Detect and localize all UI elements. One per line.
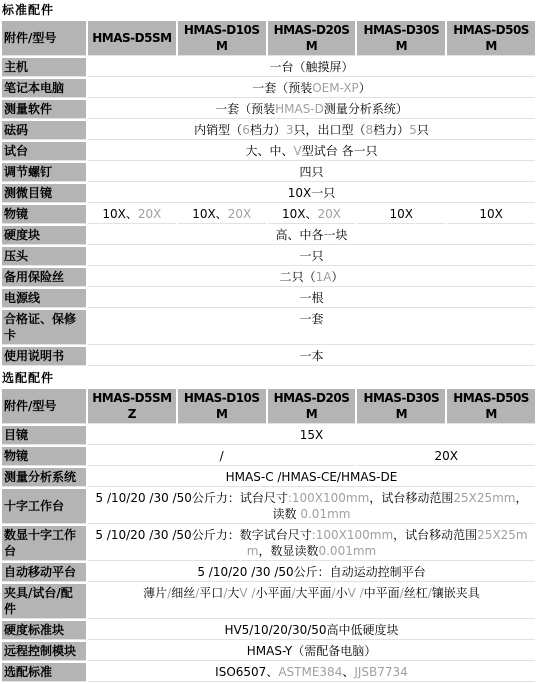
- text-segment: HV5/10/20/30/50高中低硬度块: [224, 623, 398, 637]
- value-cell: 二只（1A）: [88, 268, 535, 287]
- grey-text-segment: :100X100mm: [312, 528, 393, 542]
- text-segment: 小: [336, 586, 348, 600]
- table-row: 砝码内销型（6档力）3只，出口型（8档力）5只: [2, 121, 535, 140]
- table-row: 使用说明书一本: [2, 347, 535, 366]
- grey-text-segment: OEM-XP: [312, 81, 359, 95]
- row-label-cell: 试台: [2, 142, 86, 161]
- text-segment: 10X: [479, 207, 503, 221]
- row-label-cell: 合格证、保修卡: [2, 310, 86, 345]
- table-row: 选配标准ISO6507、ASTME384、JJSB7734: [2, 663, 535, 682]
- row-label-cell: 压头: [2, 247, 86, 266]
- table-row: 笔记本电脑一套（预装OEM-XP）: [2, 79, 535, 98]
- corner-header-cell: 附件/型号: [2, 21, 86, 56]
- value-cell: 10X、20X: [178, 205, 266, 224]
- text-segment: 内销型（: [194, 123, 242, 137]
- row-label-cell: 物镜: [2, 447, 86, 466]
- table-row: 电源线一根: [2, 289, 535, 308]
- optional-accessories-title: 选配配件: [0, 368, 537, 387]
- text-segment: 中平面: [364, 586, 400, 600]
- optional-accessories-table: 附件/型号HMAS-D5SMZHMAS-D10SMHMAS-D20SMHMAS-…: [0, 387, 537, 684]
- model-header-cell: HMAS-D5SMZ: [88, 389, 176, 424]
- text-segment: 大: [227, 586, 239, 600]
- model-header-cell: HMAS-D20SM: [268, 21, 356, 56]
- text-segment: 20X: [434, 449, 458, 463]
- model-header-cell: HMAS-D10SM: [178, 389, 266, 424]
- text-segment: ，试台移动范围: [369, 491, 453, 505]
- text-segment: 薄片: [143, 586, 167, 600]
- row-label-cell: 砝码: [2, 121, 86, 140]
- table-row: 物镜10X、20X10X、20X10X、20X10X10X: [2, 205, 535, 224]
- value-cell: 10X、20X: [88, 205, 176, 224]
- text-segment: 10X: [390, 207, 414, 221]
- text-segment: 一根: [299, 291, 323, 305]
- text-segment: HMAS-C /HMAS-CE/HMAS-DE: [226, 470, 398, 484]
- value-cell: HMAS-C /HMAS-CE/HMAS-DE: [88, 468, 535, 487]
- text-segment: 档力）: [250, 123, 286, 137]
- row-label-cell: 十字工作台: [2, 489, 86, 524]
- table-row: 调节螺钉四只: [2, 163, 535, 182]
- text-segment: 小平面: [255, 586, 291, 600]
- model-header-cell: HMAS-D20SM: [268, 389, 356, 424]
- row-label-cell: 硬度块: [2, 226, 86, 245]
- table-row: 试台大、中、V型试台 各一只: [2, 142, 535, 161]
- text-segment: 大、中、: [245, 144, 293, 158]
- row-label-cell: 使用说明书: [2, 347, 86, 366]
- value-cell: 20X: [357, 447, 535, 466]
- row-label-cell: 主机: [2, 58, 86, 77]
- grey-text-segment: 1A: [316, 270, 332, 284]
- text-segment: 10X、: [282, 207, 318, 221]
- text-segment: 10X一只: [288, 186, 336, 200]
- value-cell: 一本: [88, 347, 535, 366]
- grey-text-segment: 0.001mm: [318, 544, 376, 558]
- row-label-cell: 夹具/试台/配件: [2, 584, 86, 619]
- text-segment: 高、中各一块: [275, 228, 347, 242]
- text-segment: 二只（: [280, 270, 316, 284]
- row-label-cell: 测量软件: [2, 100, 86, 119]
- model-header-cell: HMAS-D30SM: [357, 389, 445, 424]
- table-row: 压头一只: [2, 247, 535, 266]
- text-segment: 一套（预装: [252, 81, 312, 95]
- row-label-cell: 测量分析系统: [2, 468, 86, 487]
- row-label-cell: 电源线: [2, 289, 86, 308]
- text-segment: 一本: [299, 349, 323, 363]
- text-segment: ，试台移动范围: [393, 528, 477, 542]
- grey-text-segment: V: [293, 144, 301, 158]
- grey-text-segment: JJSB7734: [354, 665, 407, 679]
- text-segment: 测量分析系统）: [324, 102, 408, 116]
- text-segment: 平口: [199, 586, 223, 600]
- text-segment: ）: [359, 81, 371, 95]
- grey-text-segment: 5: [409, 123, 417, 137]
- text-segment: 丝杠: [404, 586, 428, 600]
- text-segment: ）: [331, 270, 343, 284]
- text-segment: 5 /10/20 /30 /50公斤力：试台尺寸: [96, 491, 288, 505]
- value-cell: 5 /10/20 /30 /50公斤力：数字试台尺寸:100X100mm，试台移…: [88, 526, 535, 561]
- text-segment: 档力）: [373, 123, 409, 137]
- table-row: 硬度标准块HV5/10/20/30/50高中低硬度块: [2, 621, 535, 640]
- grey-text-segment: 20X: [228, 207, 252, 221]
- table-row: 数显十字工作台5 /10/20 /30 /50公斤力：数字试台尺寸:100X10…: [2, 526, 535, 561]
- text-segment: 5 /10/20 /30 /50公斤力：数字试台尺寸: [95, 528, 311, 542]
- value-cell: 10X: [447, 205, 535, 224]
- grey-text-segment: ASTME384: [278, 665, 342, 679]
- text-segment: 只，出口型（: [293, 123, 365, 137]
- value-cell: 15X: [88, 426, 535, 445]
- text-segment: 5 /10/20 /30 /50公斤：自动运动控制平台: [197, 565, 425, 579]
- text-segment: ，数显读数: [258, 544, 318, 558]
- text-segment: 一套: [299, 312, 323, 326]
- value-cell: 一台（触摸屏）: [88, 58, 535, 77]
- value-cell: ISO6507、ASTME384、JJSB7734: [88, 663, 535, 682]
- text-segment: ISO6507、: [215, 665, 278, 679]
- row-label-cell: 笔记本电脑: [2, 79, 86, 98]
- grey-text-segment: HMAS-D: [275, 102, 324, 116]
- text-segment: 型试台 各一只: [302, 144, 378, 158]
- text-segment: 、: [342, 665, 354, 679]
- text-segment: 只: [417, 123, 429, 137]
- value-cell: 10X: [357, 205, 445, 224]
- grey-text-segment: 8: [366, 123, 374, 137]
- table-row: 测量分析系统HMAS-C /HMAS-CE/HMAS-DE: [2, 468, 535, 487]
- text-segment: 大平面: [296, 586, 332, 600]
- value-cell: 10X一只: [88, 184, 535, 203]
- value-cell: 10X、20X: [268, 205, 356, 224]
- table-row: 自动移动平台5 /10/20 /30 /50公斤：自动运动控制平台: [2, 563, 535, 582]
- text-segment: 一套（预装: [215, 102, 275, 116]
- table-row: 目镜15X: [2, 426, 535, 445]
- table-row: 主机一台（触摸屏）: [2, 58, 535, 77]
- value-cell: 内销型（6档力）3只，出口型（8档力）5只: [88, 121, 535, 140]
- row-label-cell: 测微目镜: [2, 184, 86, 203]
- row-label-cell: 远程控制模块: [2, 642, 86, 661]
- value-cell: /: [88, 447, 355, 466]
- grey-text-segment: 20X: [317, 207, 341, 221]
- text-segment: 一台（触摸屏）: [269, 60, 353, 74]
- grey-text-segment: 25X25mm: [453, 491, 515, 505]
- header-row: 附件/型号HMAS-D5SMHMAS-D10SMHMAS-D20SMHMAS-D…: [2, 21, 535, 56]
- text-segment: 细丝: [171, 586, 195, 600]
- value-cell: 5 /10/20 /30 /50公斤力：试台尺寸:100X100mm，试台移动范…: [88, 489, 535, 524]
- model-header-cell: HMAS-D10SM: [178, 21, 266, 56]
- table-row: 夹具/试台/配件薄片/细丝/平口/大V /小平面/大平面/小V /中平面/丝杠/…: [2, 584, 535, 619]
- value-cell: 高、中各一块: [88, 226, 535, 245]
- text-segment: 镶嵌夹具: [432, 586, 480, 600]
- row-label-cell: 硬度标准块: [2, 621, 86, 640]
- corner-header-cell: 附件/型号: [2, 389, 86, 424]
- table-row: 备用保险丝二只（1A）: [2, 268, 535, 287]
- text-segment: 15X: [300, 428, 324, 442]
- text-segment: 10X、: [192, 207, 228, 221]
- row-label-cell: 调节螺钉: [2, 163, 86, 182]
- text-segment: 10X、: [102, 207, 138, 221]
- row-label-cell: 自动移动平台: [2, 563, 86, 582]
- row-label-cell: 数显十字工作台: [2, 526, 86, 561]
- row-label-cell: 选配标准: [2, 663, 86, 682]
- table-row: 十字工作台5 /10/20 /30 /50公斤力：试台尺寸:100X100mm，…: [2, 489, 535, 524]
- table-row: 测微目镜10X一只: [2, 184, 535, 203]
- table-row: 测量软件一套（预装HMAS-D测量分析系统）: [2, 100, 535, 119]
- value-cell: 一套（预装HMAS-D测量分析系统）: [88, 100, 535, 119]
- grey-text-segment: 6: [242, 123, 250, 137]
- row-label-cell: 物镜: [2, 205, 86, 224]
- text-segment: 四只: [299, 165, 323, 179]
- value-cell: 一只: [88, 247, 535, 266]
- grey-text-segment: 0.01mm: [300, 507, 350, 521]
- model-header-cell: HMAS-D30SM: [357, 21, 445, 56]
- model-header-cell: HMAS-D50SM: [447, 21, 535, 56]
- value-cell: 一套（预装OEM-XP）: [88, 79, 535, 98]
- model-header-cell: HMAS-D5SM: [88, 21, 176, 56]
- grey-text-segment: V /: [348, 586, 364, 600]
- row-label-cell: 目镜: [2, 426, 86, 445]
- value-cell: HV5/10/20/30/50高中低硬度块: [88, 621, 535, 640]
- header-row: 附件/型号HMAS-D5SMZHMAS-D10SMHMAS-D20SMHMAS-…: [2, 389, 535, 424]
- value-cell: 5 /10/20 /30 /50公斤：自动运动控制平台: [88, 563, 535, 582]
- value-cell: 一根: [88, 289, 535, 308]
- standard-accessories-table: 附件/型号HMAS-D5SMHMAS-D10SMHMAS-D20SMHMAS-D…: [0, 19, 537, 368]
- value-cell: 四只: [88, 163, 535, 182]
- value-cell: 薄片/细丝/平口/大V /小平面/大平面/小V /中平面/丝杠/镶嵌夹具: [88, 584, 535, 619]
- value-cell: 一套: [88, 310, 535, 345]
- text-segment: HMAS-Y（需配备电脑）: [247, 644, 376, 658]
- grey-text-segment: V /: [239, 586, 255, 600]
- value-cell: 大、中、V型试台 各一只: [88, 142, 535, 161]
- row-label-cell: 备用保险丝: [2, 268, 86, 287]
- table-row: 远程控制模块HMAS-Y（需配备电脑）: [2, 642, 535, 661]
- value-cell: HMAS-Y（需配备电脑）: [88, 642, 535, 661]
- standard-accessories-title: 标准配件: [0, 0, 537, 19]
- grey-text-segment: :100X100mm: [288, 491, 369, 505]
- grey-text-segment: 20X: [138, 207, 162, 221]
- table-row: 硬度块高、中各一块: [2, 226, 535, 245]
- table-row: 物镜/20X: [2, 447, 535, 466]
- model-header-cell: HMAS-D50SM: [447, 389, 535, 424]
- text-segment: /: [220, 449, 224, 463]
- text-segment: 一只: [299, 249, 323, 263]
- table-row: 合格证、保修卡一套: [2, 310, 535, 345]
